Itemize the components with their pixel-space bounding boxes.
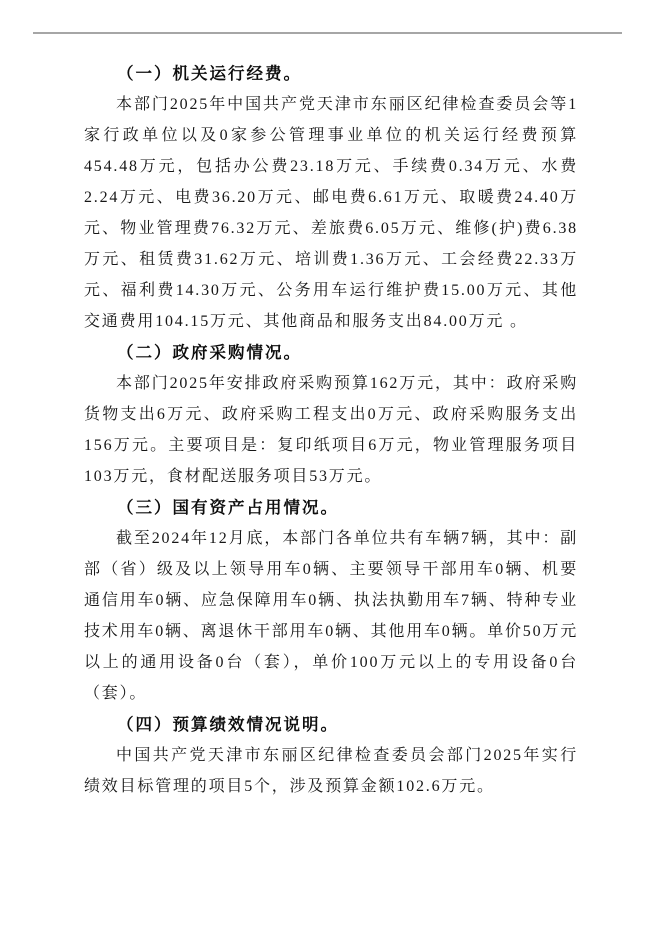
paragraph: 截至2024年12月底，本部门各单位共有车辆7辆，其中：副部（省）级及以上领导用…: [84, 523, 578, 709]
document-page: （一）机关运行经费。 本部门2025年中国共产党天津市东丽区纪律检查委员会等1家…: [0, 0, 654, 926]
paragraph: 中国共产党天津市东丽区纪律检查委员会部门2025年实行绩效目标管理的项目5个，涉…: [84, 740, 578, 802]
section-heading: （三）国有资产占用情况。: [84, 492, 578, 523]
section-budget-performance: （四）预算绩效情况说明。 中国共产党天津市东丽区纪律检查委员会部门2025年实行…: [84, 709, 578, 802]
paragraph: 本部门2025年中国共产党天津市东丽区纪律检查委员会等1家行政单位以及0家参公管…: [84, 89, 578, 337]
section-heading: （四）预算绩效情况说明。: [84, 709, 578, 740]
section-agency-operating-expenses: （一）机关运行经费。 本部门2025年中国共产党天津市东丽区纪律检查委员会等1家…: [84, 58, 578, 337]
section-heading: （一）机关运行经费。: [84, 58, 578, 89]
paragraph: 本部门2025年安排政府采购预算162万元，其中：政府采购货物支出6万元、政府采…: [84, 368, 578, 492]
section-government-procurement: （二）政府采购情况。 本部门2025年安排政府采购预算162万元，其中：政府采购…: [84, 337, 578, 492]
section-state-owned-assets: （三）国有资产占用情况。 截至2024年12月底，本部门各单位共有车辆7辆，其中…: [84, 492, 578, 709]
section-heading: （二）政府采购情况。: [84, 337, 578, 368]
document-content: （一）机关运行经费。 本部门2025年中国共产党天津市东丽区纪律检查委员会等1家…: [84, 58, 578, 802]
header-rule: [33, 32, 622, 34]
